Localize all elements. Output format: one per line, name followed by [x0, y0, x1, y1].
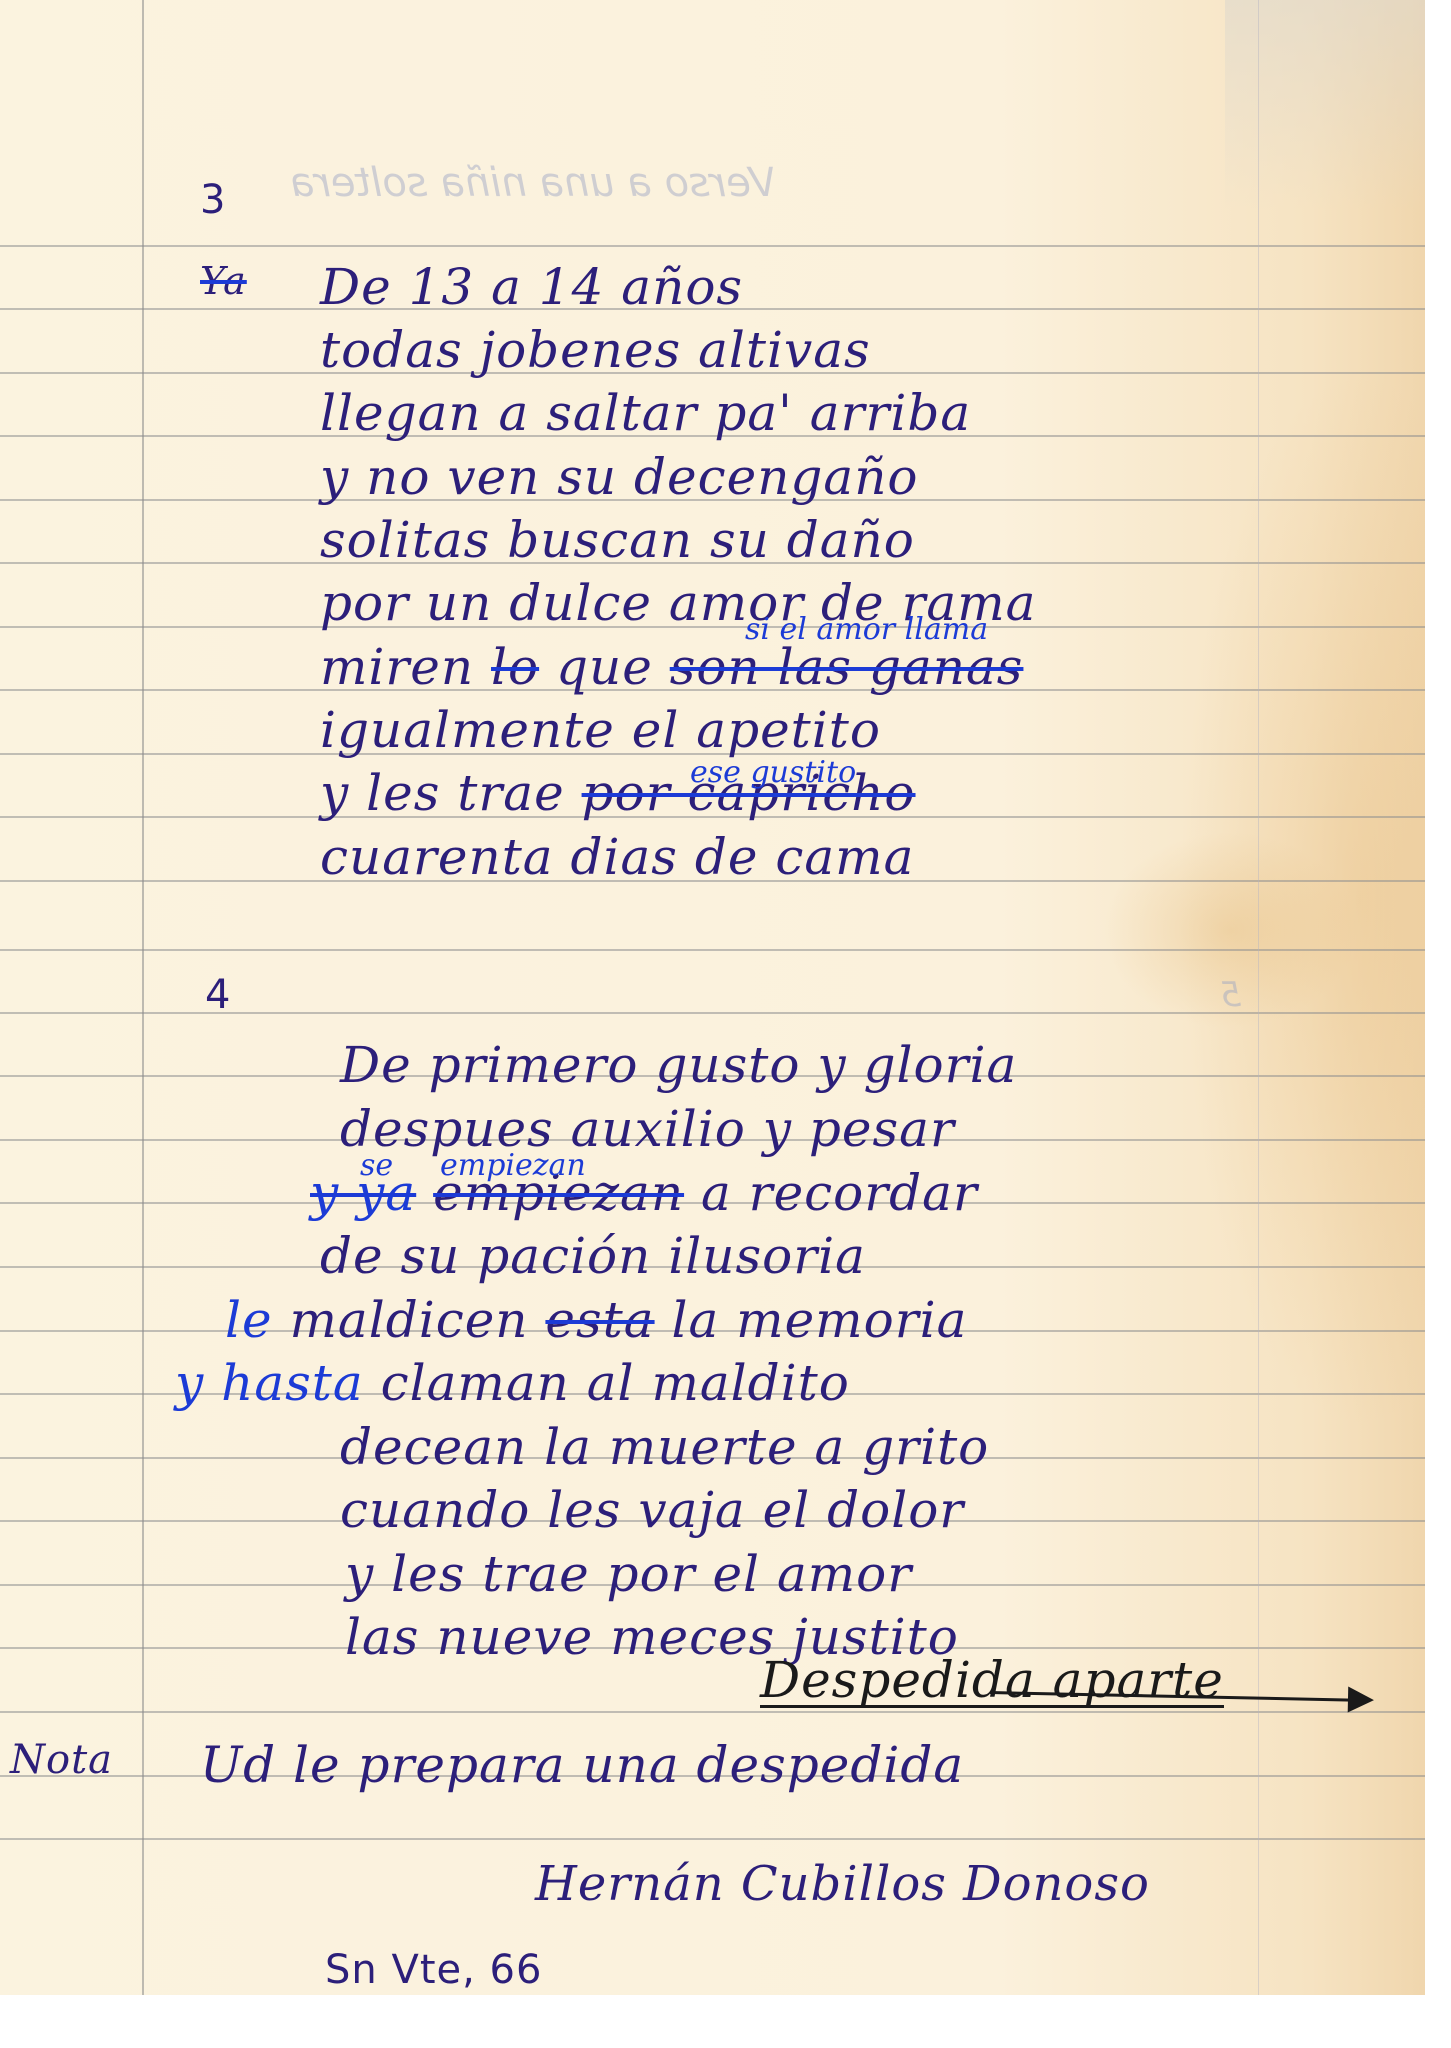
paper-sheet: Verso a una niña soltera 5 3 Ya De 13 a … — [0, 0, 1425, 1995]
ruled-line — [0, 1838, 1425, 1840]
ruled-line — [0, 949, 1425, 951]
inserted-phrase: ese gustito — [690, 755, 856, 790]
verse-line: todas jobenes altivas — [320, 325, 871, 375]
verse-word: y les trae — [320, 764, 565, 822]
verse-word: a recordar — [701, 1164, 978, 1222]
verse-line-corrected: y ya empiezan a recordar — [310, 1168, 978, 1218]
verse-line-corrected: y hasta claman al maldito — [175, 1358, 850, 1408]
struck-prefix: Ya — [200, 262, 247, 300]
ruled-line — [0, 1711, 1425, 1713]
corrected-word: ilusoria — [668, 1227, 866, 1285]
verse-word: maldicen — [290, 1291, 529, 1349]
struck-word: lo — [491, 638, 539, 696]
verse-line-corrected: de su pación ilusoria — [320, 1231, 866, 1281]
verse-word: claman al maldito — [381, 1354, 850, 1412]
verse-word: la memoria — [671, 1291, 967, 1349]
verse-line: De 13 a 14 años — [320, 262, 743, 312]
verse-word: que — [556, 638, 653, 696]
struck-word: esta — [545, 1291, 654, 1349]
verse-line-corrected: le maldicen esta la memoria — [225, 1295, 967, 1345]
verse-line: y no ven su decengaño — [320, 452, 919, 502]
signature: Hernán Cubillos Donoso — [535, 1860, 1150, 1908]
stanza-number: 3 — [200, 180, 226, 220]
verse-line: cuarenta dias de cama — [320, 832, 914, 882]
verse-line: solitas buscan su daño — [320, 515, 915, 565]
nota-text: Ud le prepara una despedida — [200, 1740, 964, 1790]
despedida-note: Despedida aparte — [760, 1655, 1224, 1708]
inserted-prefix: se — [360, 1148, 393, 1183]
inserted-word: empiezan — [440, 1148, 586, 1183]
inserted-phrase: si el amor llama — [745, 612, 988, 647]
ruled-line — [0, 245, 1425, 247]
verse-line: decean la muerte a grito — [340, 1422, 989, 1472]
verse-line: cuando les vaja el dolor — [340, 1485, 964, 1535]
stanza-number: 4 — [205, 975, 231, 1015]
inserted-prefix: le — [225, 1291, 273, 1349]
paper-discoloration — [1225, 0, 1425, 210]
verse-word: miren — [320, 638, 474, 696]
verse-word: de su pación — [320, 1227, 651, 1285]
verse-line-corrected: miren lo que son las ganas — [320, 642, 1023, 692]
bleed-through-page-number: 5 — [1220, 975, 1242, 1015]
verse-line: De primero gusto y gloria — [340, 1040, 1017, 1090]
verse-line: llegan a saltar pa' arriba — [320, 388, 971, 438]
inserted-prefix: y hasta — [175, 1354, 364, 1412]
place-date: Sn Vte, 66 — [325, 1950, 542, 1990]
verse-line: despues auxilio y pesar — [340, 1104, 955, 1154]
verse-line: y les trae por el amor — [345, 1549, 912, 1599]
bleed-through-title: Verso a una niña soltera — [290, 160, 776, 206]
nota-label: Nota — [10, 1740, 113, 1780]
verse-line: igualmente el apetito — [320, 705, 881, 755]
margin-line — [142, 0, 144, 1995]
